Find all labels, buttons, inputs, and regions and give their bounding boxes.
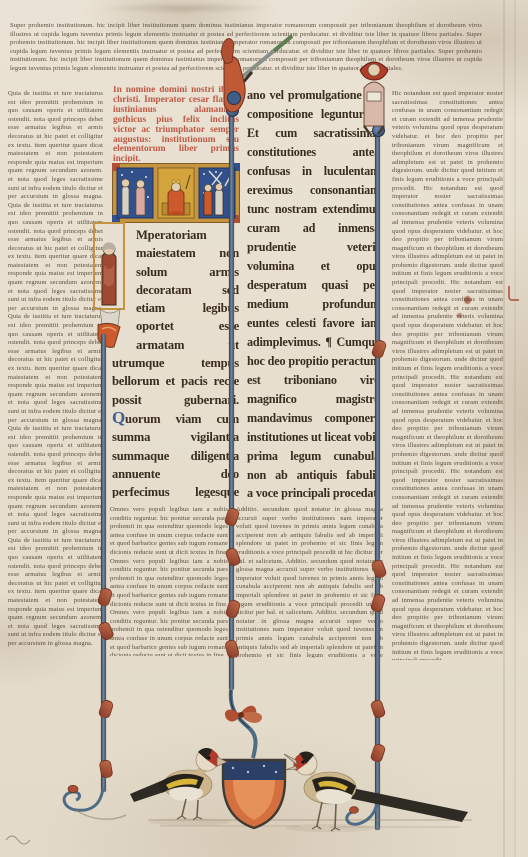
right-gloss-column: Hic notandum est quod imperator noster s… bbox=[392, 90, 503, 660]
faded-inscription-smudge bbox=[70, 0, 300, 16]
left-gloss-column: Quia de iustitia et iure tractaturus est… bbox=[8, 90, 103, 656]
initial-Q: Q bbox=[112, 408, 125, 427]
main-left-small-gloss: Omnes vero populi legibus iam a nobis co… bbox=[110, 506, 228, 656]
main-text-right-column: ano vel promulgatione vel compositione l… bbox=[247, 86, 380, 484]
roundel bbox=[228, 92, 241, 105]
heraldic-shield bbox=[223, 760, 285, 828]
miniature-panel-enthroned-emperor bbox=[158, 168, 194, 218]
margin-mark bbox=[508, 286, 519, 301]
goldfinch-left bbox=[130, 748, 227, 820]
pen-trial-mark bbox=[6, 836, 30, 844]
stem-flourish bbox=[225, 690, 262, 758]
bottom-scene bbox=[0, 688, 528, 857]
manuscript-page: { "artifact": { "kind": "illuminated man… bbox=[0, 0, 528, 857]
initial-indent-spacer bbox=[112, 226, 136, 336]
hooded-scribe-figure bbox=[350, 48, 398, 138]
miniature-illustration bbox=[112, 163, 240, 223]
main-text-right-explicit: a voce principali procedat. ¶ Igitur pos… bbox=[247, 484, 380, 504]
main-text-left-column: Mperatoriam maiestatem non solum armis d… bbox=[112, 226, 239, 498]
sword-bearer-grotesque bbox=[214, 24, 300, 120]
main-right-small-gloss: Additio. secundum quod notatur in glossa… bbox=[236, 506, 383, 658]
sword-tip bbox=[274, 36, 292, 51]
left-bar-terminal-curl bbox=[64, 785, 126, 819]
ground-line bbox=[148, 818, 472, 832]
main-left-text-continued: uorum viam cum summa vigilantia summaque… bbox=[112, 412, 239, 498]
miniature-panel-counsellors bbox=[117, 168, 153, 218]
goldfinch-right bbox=[284, 752, 468, 831]
scroll bbox=[367, 92, 381, 101]
